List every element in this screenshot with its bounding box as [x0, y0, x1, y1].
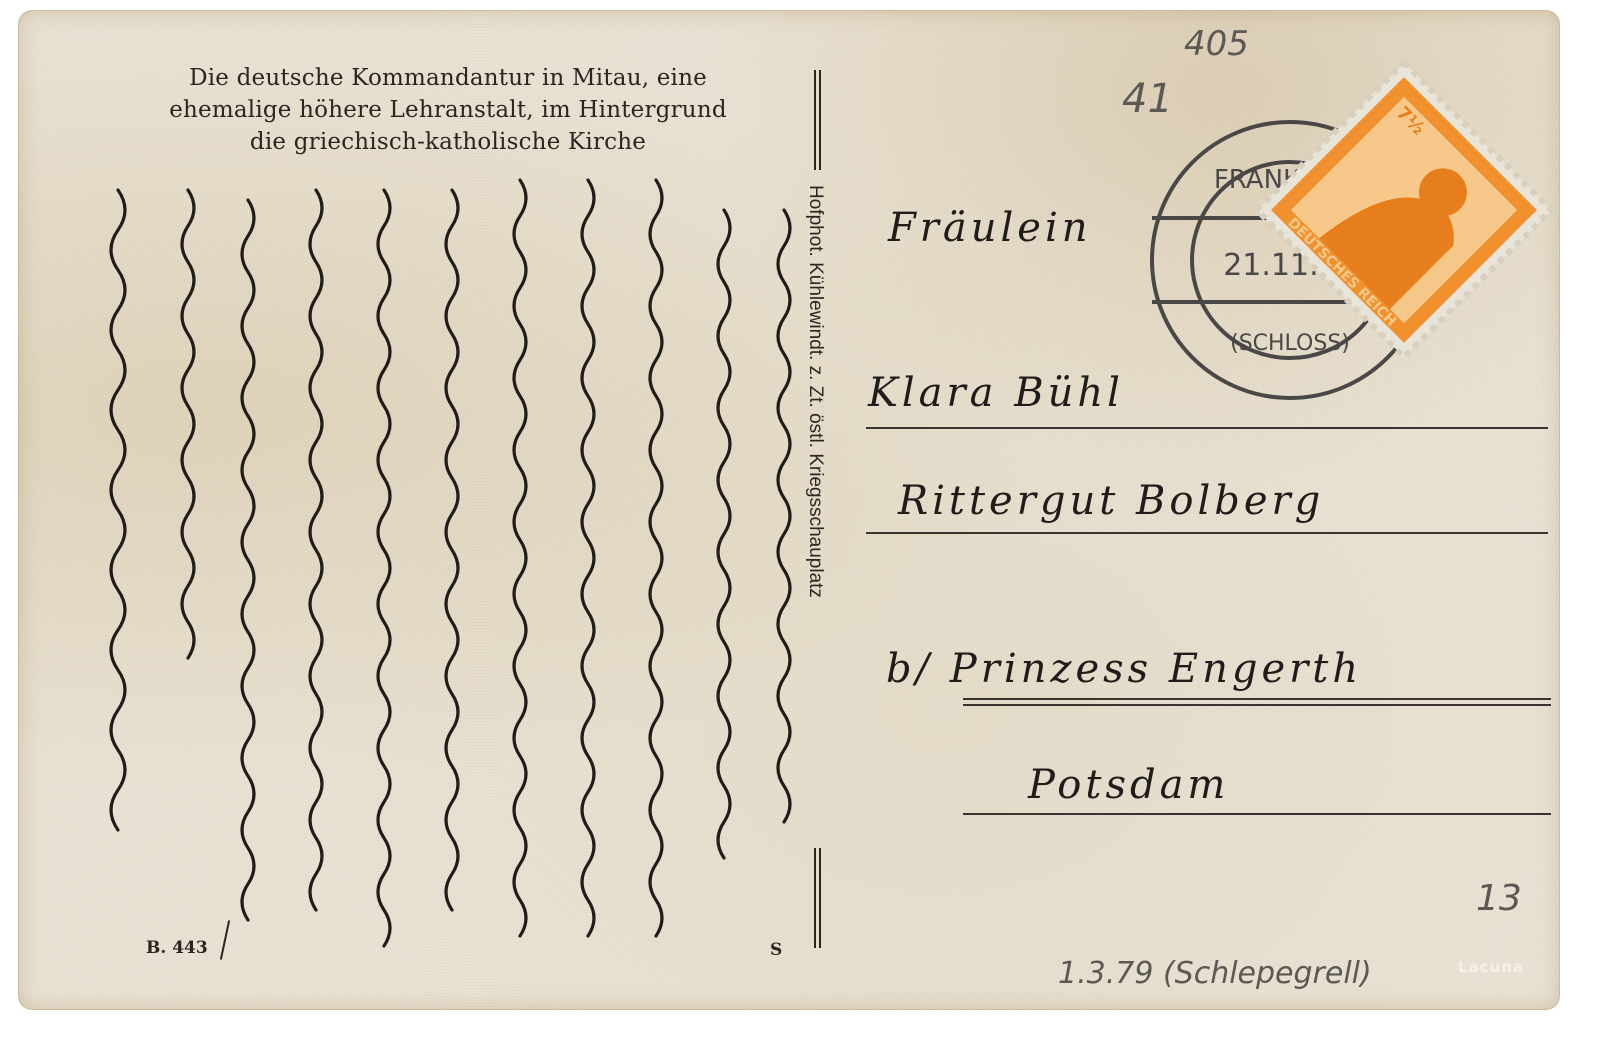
center-divider-top [814, 70, 821, 170]
address-rule-3-double [963, 704, 1551, 706]
address-rule-4 [963, 813, 1551, 815]
pencil-note-bottom: 1.3.79 (Schlepegrell) [1058, 956, 1372, 991]
address-estate: Rittergut Bolberg [898, 478, 1324, 524]
handwritten-message [48, 170, 808, 960]
caption-line-3: die griechisch-katholische Kirche [118, 126, 778, 158]
address-city: Potsdam [1028, 762, 1229, 808]
pencil-note-bottom-right: 13 [1476, 878, 1522, 919]
address-rule-3 [963, 698, 1551, 700]
postcard: Die deutsche Kommandantur in Mitau, eine… [18, 10, 1560, 1010]
printed-caption: Die deutsche Kommandantur in Mitau, eine… [118, 62, 778, 158]
caption-line-2: ehemalige höhere Lehranstalt, im Hinterg… [118, 94, 778, 126]
address-name: Klara Bühl [868, 370, 1124, 416]
address-care-of: b/ Prinzess Engerth [886, 646, 1362, 692]
watermark: Lacuna [1458, 958, 1524, 976]
address-rule-1 [866, 427, 1548, 429]
address-salutation: Fräulein [888, 205, 1092, 251]
postage-stamp: DEUTSCHES REICH 7½ [1244, 50, 1564, 370]
pencil-note-top: 405 [1184, 24, 1249, 64]
address-rule-2 [866, 532, 1548, 534]
message-column [111, 190, 125, 830]
pencil-note-side: 41 [1122, 76, 1173, 122]
caption-line-1: Die deutsche Kommandantur in Mitau, eine [118, 62, 778, 94]
center-divider-bottom [814, 848, 821, 948]
